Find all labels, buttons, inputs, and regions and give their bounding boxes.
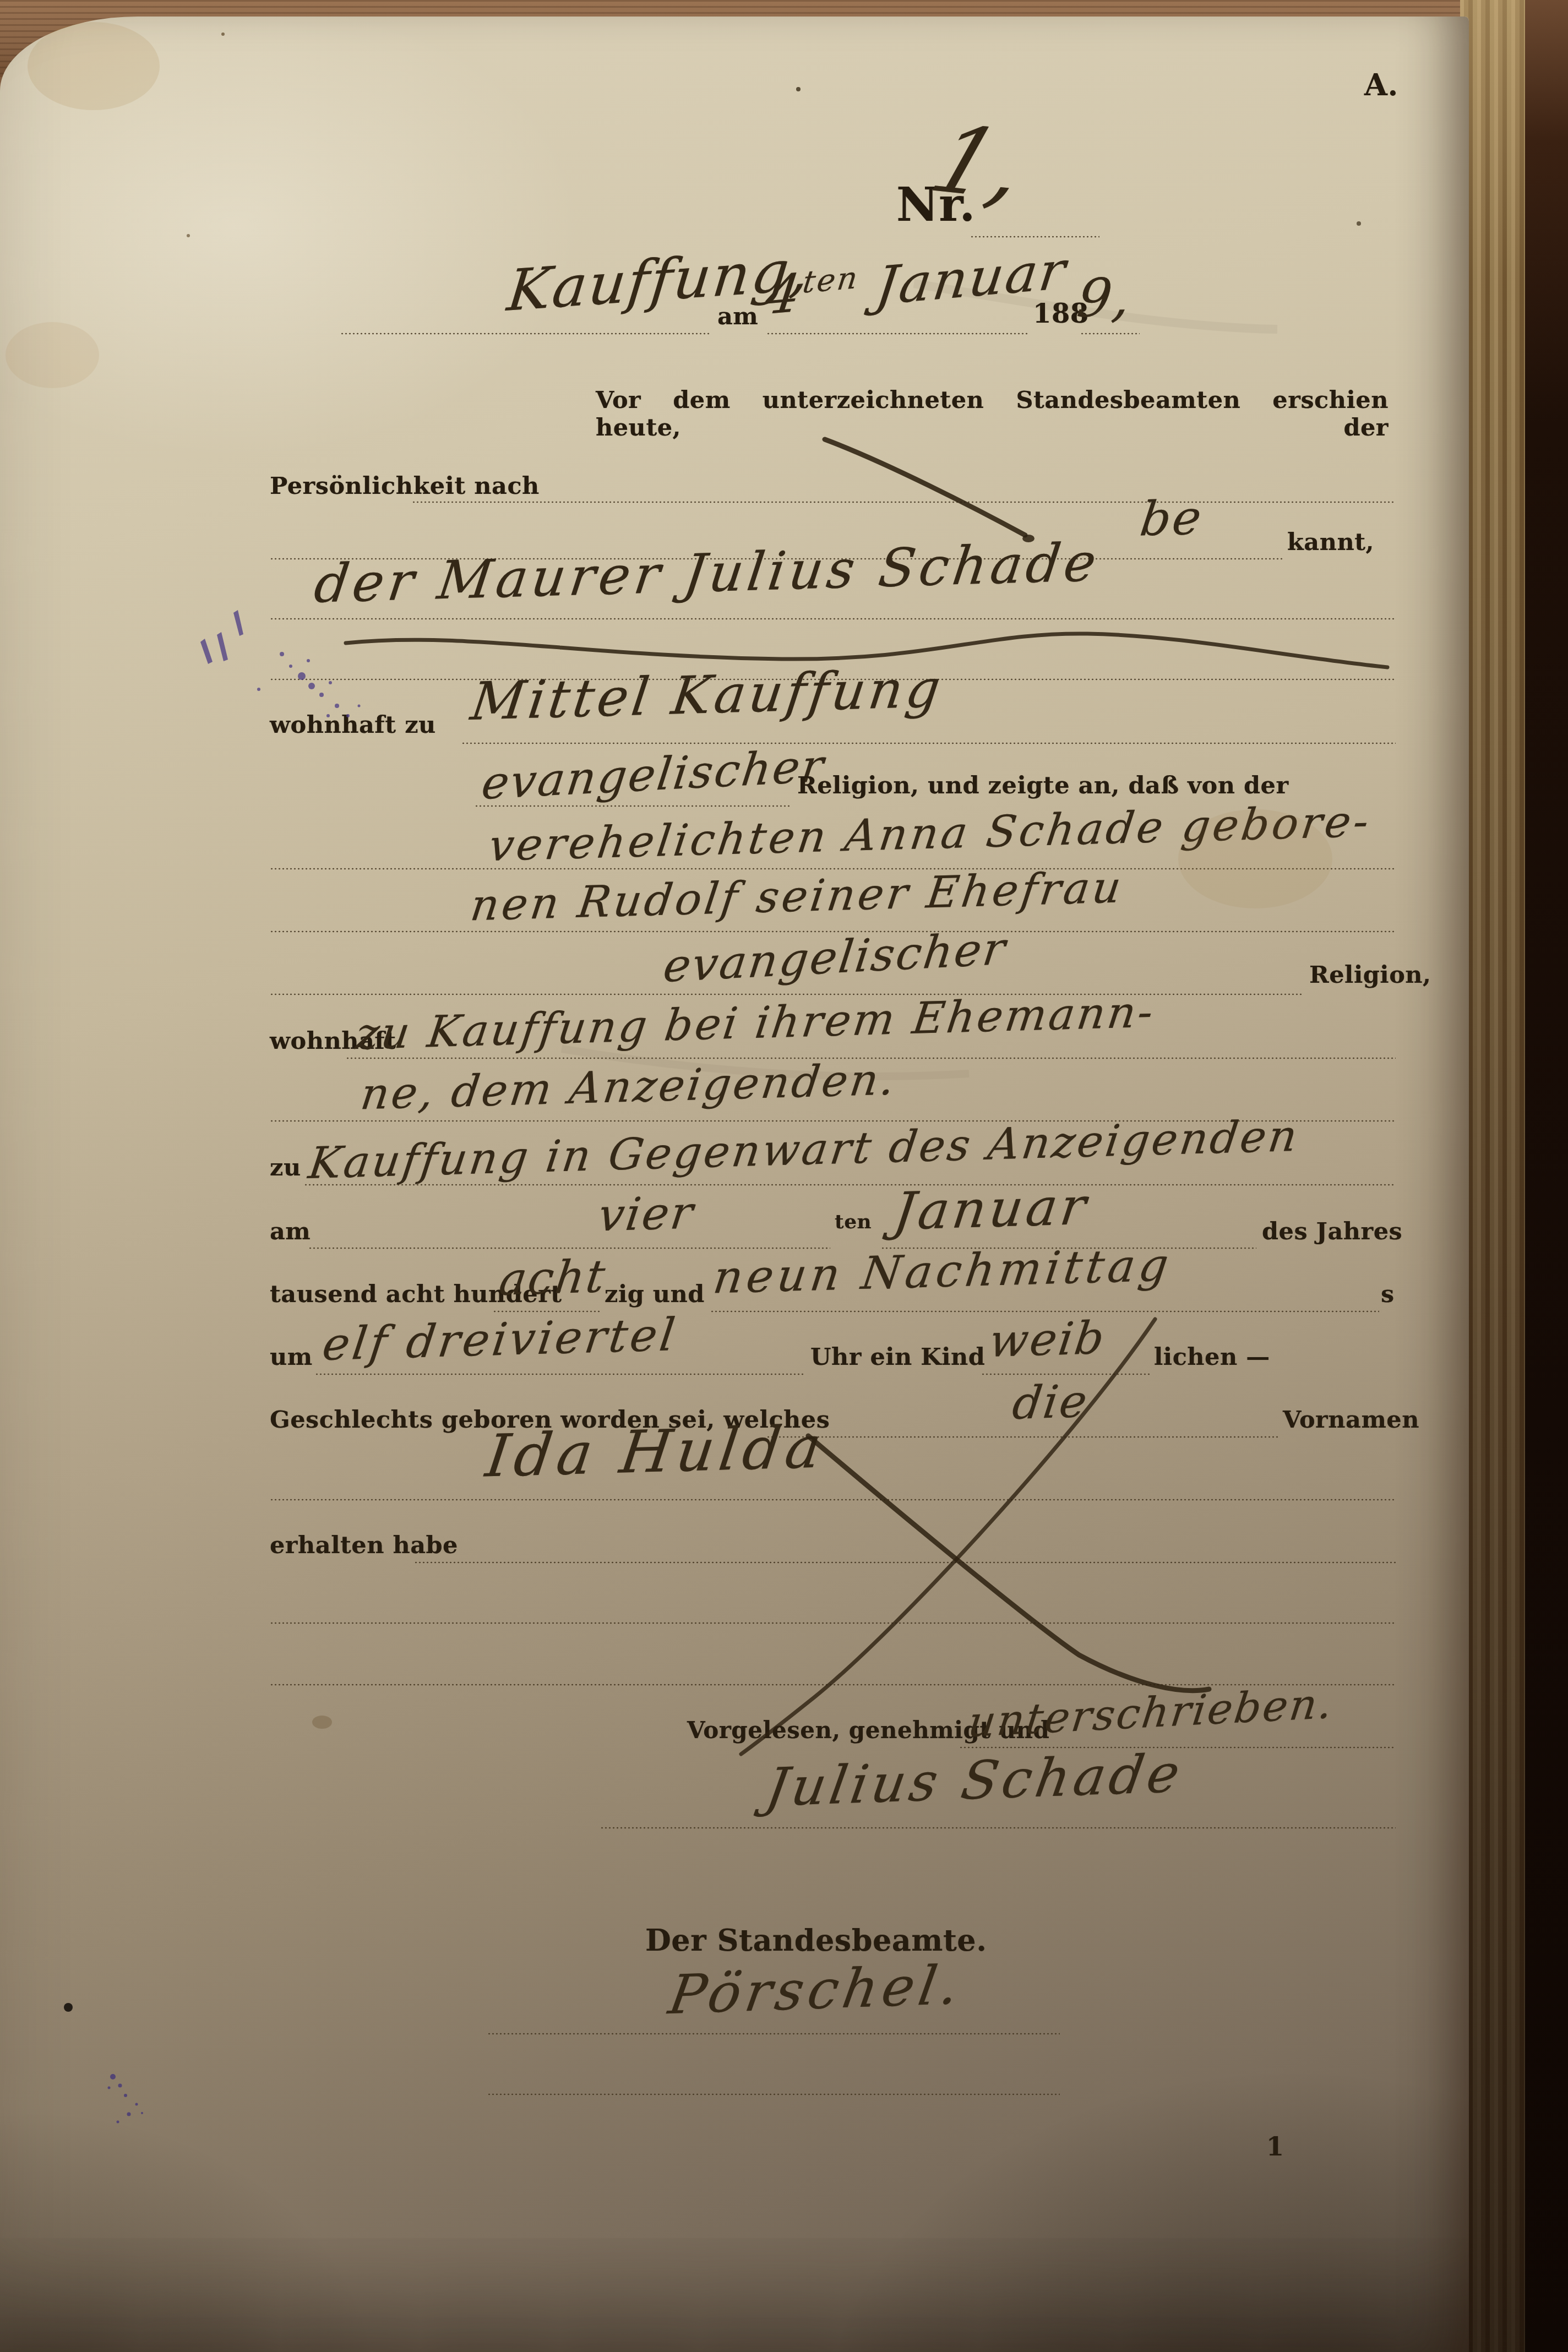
mother-residence1-handwritten: zu Kauffung bei ihrem Ehemann- xyxy=(353,987,1158,1059)
dotted-line xyxy=(414,1561,1396,1564)
religion1-label: Religion, und zeigte an, daß von der xyxy=(797,772,1289,799)
dotted-line xyxy=(981,1373,1150,1375)
article-handwritten: die xyxy=(1010,1375,1092,1430)
birth-day-handwritten: vier xyxy=(595,1187,697,1242)
dotted-line xyxy=(970,236,1099,238)
unterschrieben-handwritten: unterschrieben. xyxy=(966,1679,1337,1746)
birth-place-handwritten: Kauffung in Gegenwart des Anzeigenden xyxy=(306,1110,1302,1189)
mother-line2-handwritten: nen Rudolf seiner Ehefrau xyxy=(468,862,1127,931)
zu-label: zu xyxy=(270,1154,301,1182)
intro-sentence: Vor dem unterzeichneten Standesbeamten e… xyxy=(596,386,1389,442)
mother-residence2-handwritten: ne, dem Anzeigenden. xyxy=(358,1054,900,1119)
child-names-handwritten: Ida Hulda xyxy=(482,1413,830,1490)
vornamen-label: Vornamen xyxy=(1283,1406,1419,1434)
declarant-residence-handwritten: Mittel Kauffung xyxy=(467,658,947,732)
registrar-title: Der Standesbeamte. xyxy=(645,1923,987,1958)
form-corner-marker: A. xyxy=(1364,67,1398,102)
dotted-line xyxy=(766,1436,1278,1438)
record-day: 4 xyxy=(762,262,805,326)
bekannt-label: kannt, xyxy=(1287,529,1374,556)
mother-line1-handwritten: verehelichten Anna Schade gebore- xyxy=(486,796,1375,872)
photo-of-birth-register-page: A. 1 Nr. 1, Kauffung, am 4ten Januar 188… xyxy=(0,0,1568,2352)
dotted-line xyxy=(710,1310,1379,1313)
record-day-suffix: ten xyxy=(801,260,861,300)
religion1-handwritten: evangelischer xyxy=(479,740,828,810)
nr-value-handwritten: 1, xyxy=(919,106,1043,220)
dotted-line xyxy=(487,2033,1060,2035)
uhr-ein-kind-label: Uhr ein Kind xyxy=(810,1343,985,1371)
dotted-line xyxy=(461,742,1396,744)
declarant-signature: Julius Schade xyxy=(762,1743,1188,1819)
dotted-line xyxy=(270,618,1396,620)
declarant-handwritten: der Maurer Julius Schade xyxy=(311,531,1104,615)
dotted-line xyxy=(475,805,791,807)
lichen-label: lichen — xyxy=(1154,1343,1270,1371)
dotted-line xyxy=(304,1184,1396,1186)
decade-handwritten: acht xyxy=(496,1250,609,1305)
des-jahres-label: des Jahres xyxy=(1262,1218,1402,1245)
persoenlichkeit-label: Persönlichkeit nach xyxy=(270,472,540,500)
birth-month-handwritten: Januar xyxy=(890,1177,1092,1242)
dotted-line xyxy=(487,2093,1060,2095)
religion2-handwritten: evangelischer xyxy=(661,923,1010,993)
dotted-line xyxy=(270,1499,1396,1501)
dotted-line xyxy=(315,1373,805,1375)
ten-suffix-label: ten xyxy=(835,1210,872,1233)
wohnhaft-zu-label: wohnhaft zu xyxy=(270,711,436,739)
dotted-line xyxy=(270,1622,1396,1624)
page-number: 1 xyxy=(1266,2132,1284,2162)
religion2-label: Religion, xyxy=(1309,961,1431,989)
erhalten-habe-label: erhalten habe xyxy=(270,1532,458,1559)
am-body-label: am xyxy=(270,1218,311,1245)
birth-time-handwritten: elf dreiviertel xyxy=(320,1309,681,1371)
am-label: am xyxy=(717,303,758,330)
dotted-line xyxy=(1080,333,1140,335)
um-label: um xyxy=(270,1343,313,1371)
sex-handwritten: weib xyxy=(986,1312,1109,1368)
registrar-signature: Pörschel. xyxy=(665,1954,967,2027)
book-page-edges xyxy=(1460,0,1525,2352)
dotted-line xyxy=(766,333,1028,335)
bekannt-prefix-handwritten: be xyxy=(1137,490,1206,547)
dotted-line xyxy=(308,1247,830,1249)
s-suffix-label: s xyxy=(1381,1281,1395,1308)
dotted-line xyxy=(600,1827,1396,1829)
register-page: A. 1 Nr. 1, Kauffung, am 4ten Januar 188… xyxy=(0,17,1469,2352)
dotted-line xyxy=(340,333,711,335)
zig-und-label: zig und xyxy=(605,1281,705,1308)
dotted-line xyxy=(412,501,1396,503)
year-handwritten: 9, xyxy=(1074,266,1136,330)
